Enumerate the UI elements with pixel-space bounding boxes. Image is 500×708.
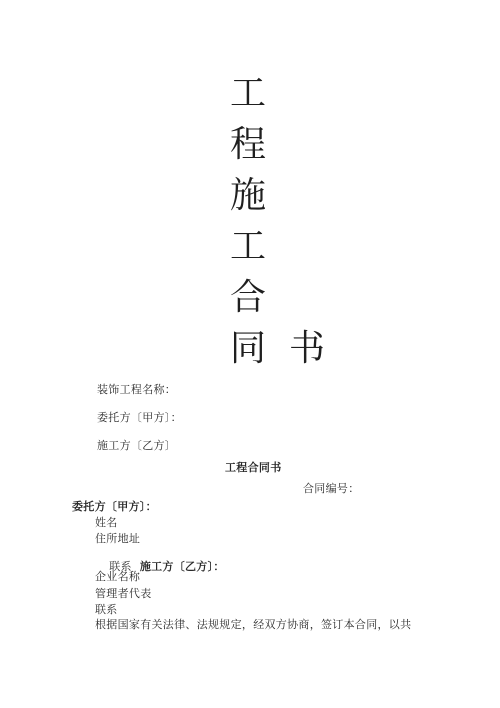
party-b-contact-label: 联系 [95,604,118,617]
title-char-line: 工 [230,221,325,272]
party-b-representative-label: 管理者代表 [95,588,152,601]
project-name-label: 装饰工程名称： [97,384,176,397]
title-char-line: 同 书 [230,323,325,374]
contractor-party-b-label: 施工方〔乙方〕 [97,440,176,453]
party-a-heading: 委托方〔甲方〕： [72,501,157,514]
contract-number-label: 合同编号： [303,483,360,496]
title-char-line: 工 [230,68,325,119]
party-a-name-label: 姓名 [95,517,118,530]
title-char-line: 施 [230,170,325,221]
party-b-company-label: 企业名称 [95,571,140,584]
clause-intro-text: 根据国家有关法律、法规规定，经双方协商，签订本合同，以共 [95,619,411,632]
title-char-line: 合 [230,272,325,323]
contract-book-subtitle: 工程合同书 [225,462,282,475]
client-party-a-label: 委托方〔甲方〕： [97,412,182,425]
party-a-address-label: 住所地址 [95,533,140,546]
party-b-heading: 施工方〔乙方〕： [140,561,225,573]
contract-document-page: 工 程 施 工 合 同 书 装饰工程名称： 委托方〔甲方〕： 施工方〔乙方〕 工… [0,0,500,708]
document-title: 工 程 施 工 合 同 书 [230,68,325,374]
title-char-line: 程 [230,119,325,170]
